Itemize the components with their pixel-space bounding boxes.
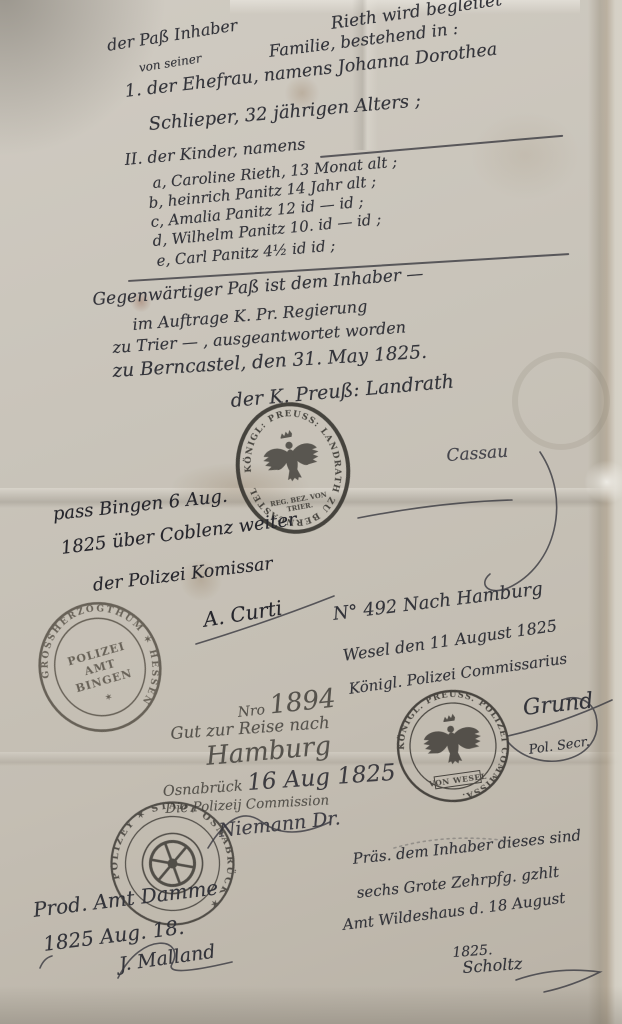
bingen-signature: A. Curti [202, 598, 283, 630]
holder-interline: von seiner [138, 52, 202, 74]
osnabrueck-signature: Niemann Dr. [218, 809, 341, 841]
holder-line: der Paß Inhaber [106, 17, 239, 53]
wesel-signature-title: Pol. Secr. [528, 735, 590, 756]
stain-top-right-faint [470, 110, 580, 200]
wesel-line1: N° 492 Nach Hamburg [332, 580, 544, 624]
wildeshausen-dash [40, 956, 52, 968]
bottom-shadow [0, 986, 622, 1024]
bingen-polizei-stamp: GROSSHERZOGTHUM ✶ HESSEN POLIZEI AMT BIN… [9, 579, 192, 755]
ghost-stamp-ring [512, 352, 610, 450]
landrath-signature: Cassau [446, 444, 509, 465]
page-right-edge [588, 0, 622, 1024]
scholtz-flourish [516, 970, 600, 992]
bingen-star: ✶ [104, 691, 113, 703]
wesel-signature: Grund [522, 691, 594, 720]
wesel-polizei-stamp: KÖNIGL. PREUSS. POLIZEI COMMISSA. VON WE… [385, 678, 521, 814]
paper-tear-right [584, 460, 622, 504]
document-photo: Rieth wird begleitet der Paß Inhaber von… [0, 0, 622, 1024]
prussian-eagle-icon [259, 426, 323, 486]
wildeshausen-line1: Präs. dem Inhaber dieses sind [352, 828, 582, 867]
landrath-flourish-line [358, 500, 512, 518]
children-heading-rule [320, 135, 563, 158]
crowned-eagle-icon [420, 710, 484, 768]
wife-line2: Schlieper, 32 jährigen Alters ; [148, 92, 422, 134]
landrath-flourish-loop [485, 452, 557, 591]
bingen-line1: pass Bingen 6 Aug. [52, 488, 228, 524]
wildeshausen-signature: Scholtz [462, 956, 523, 976]
